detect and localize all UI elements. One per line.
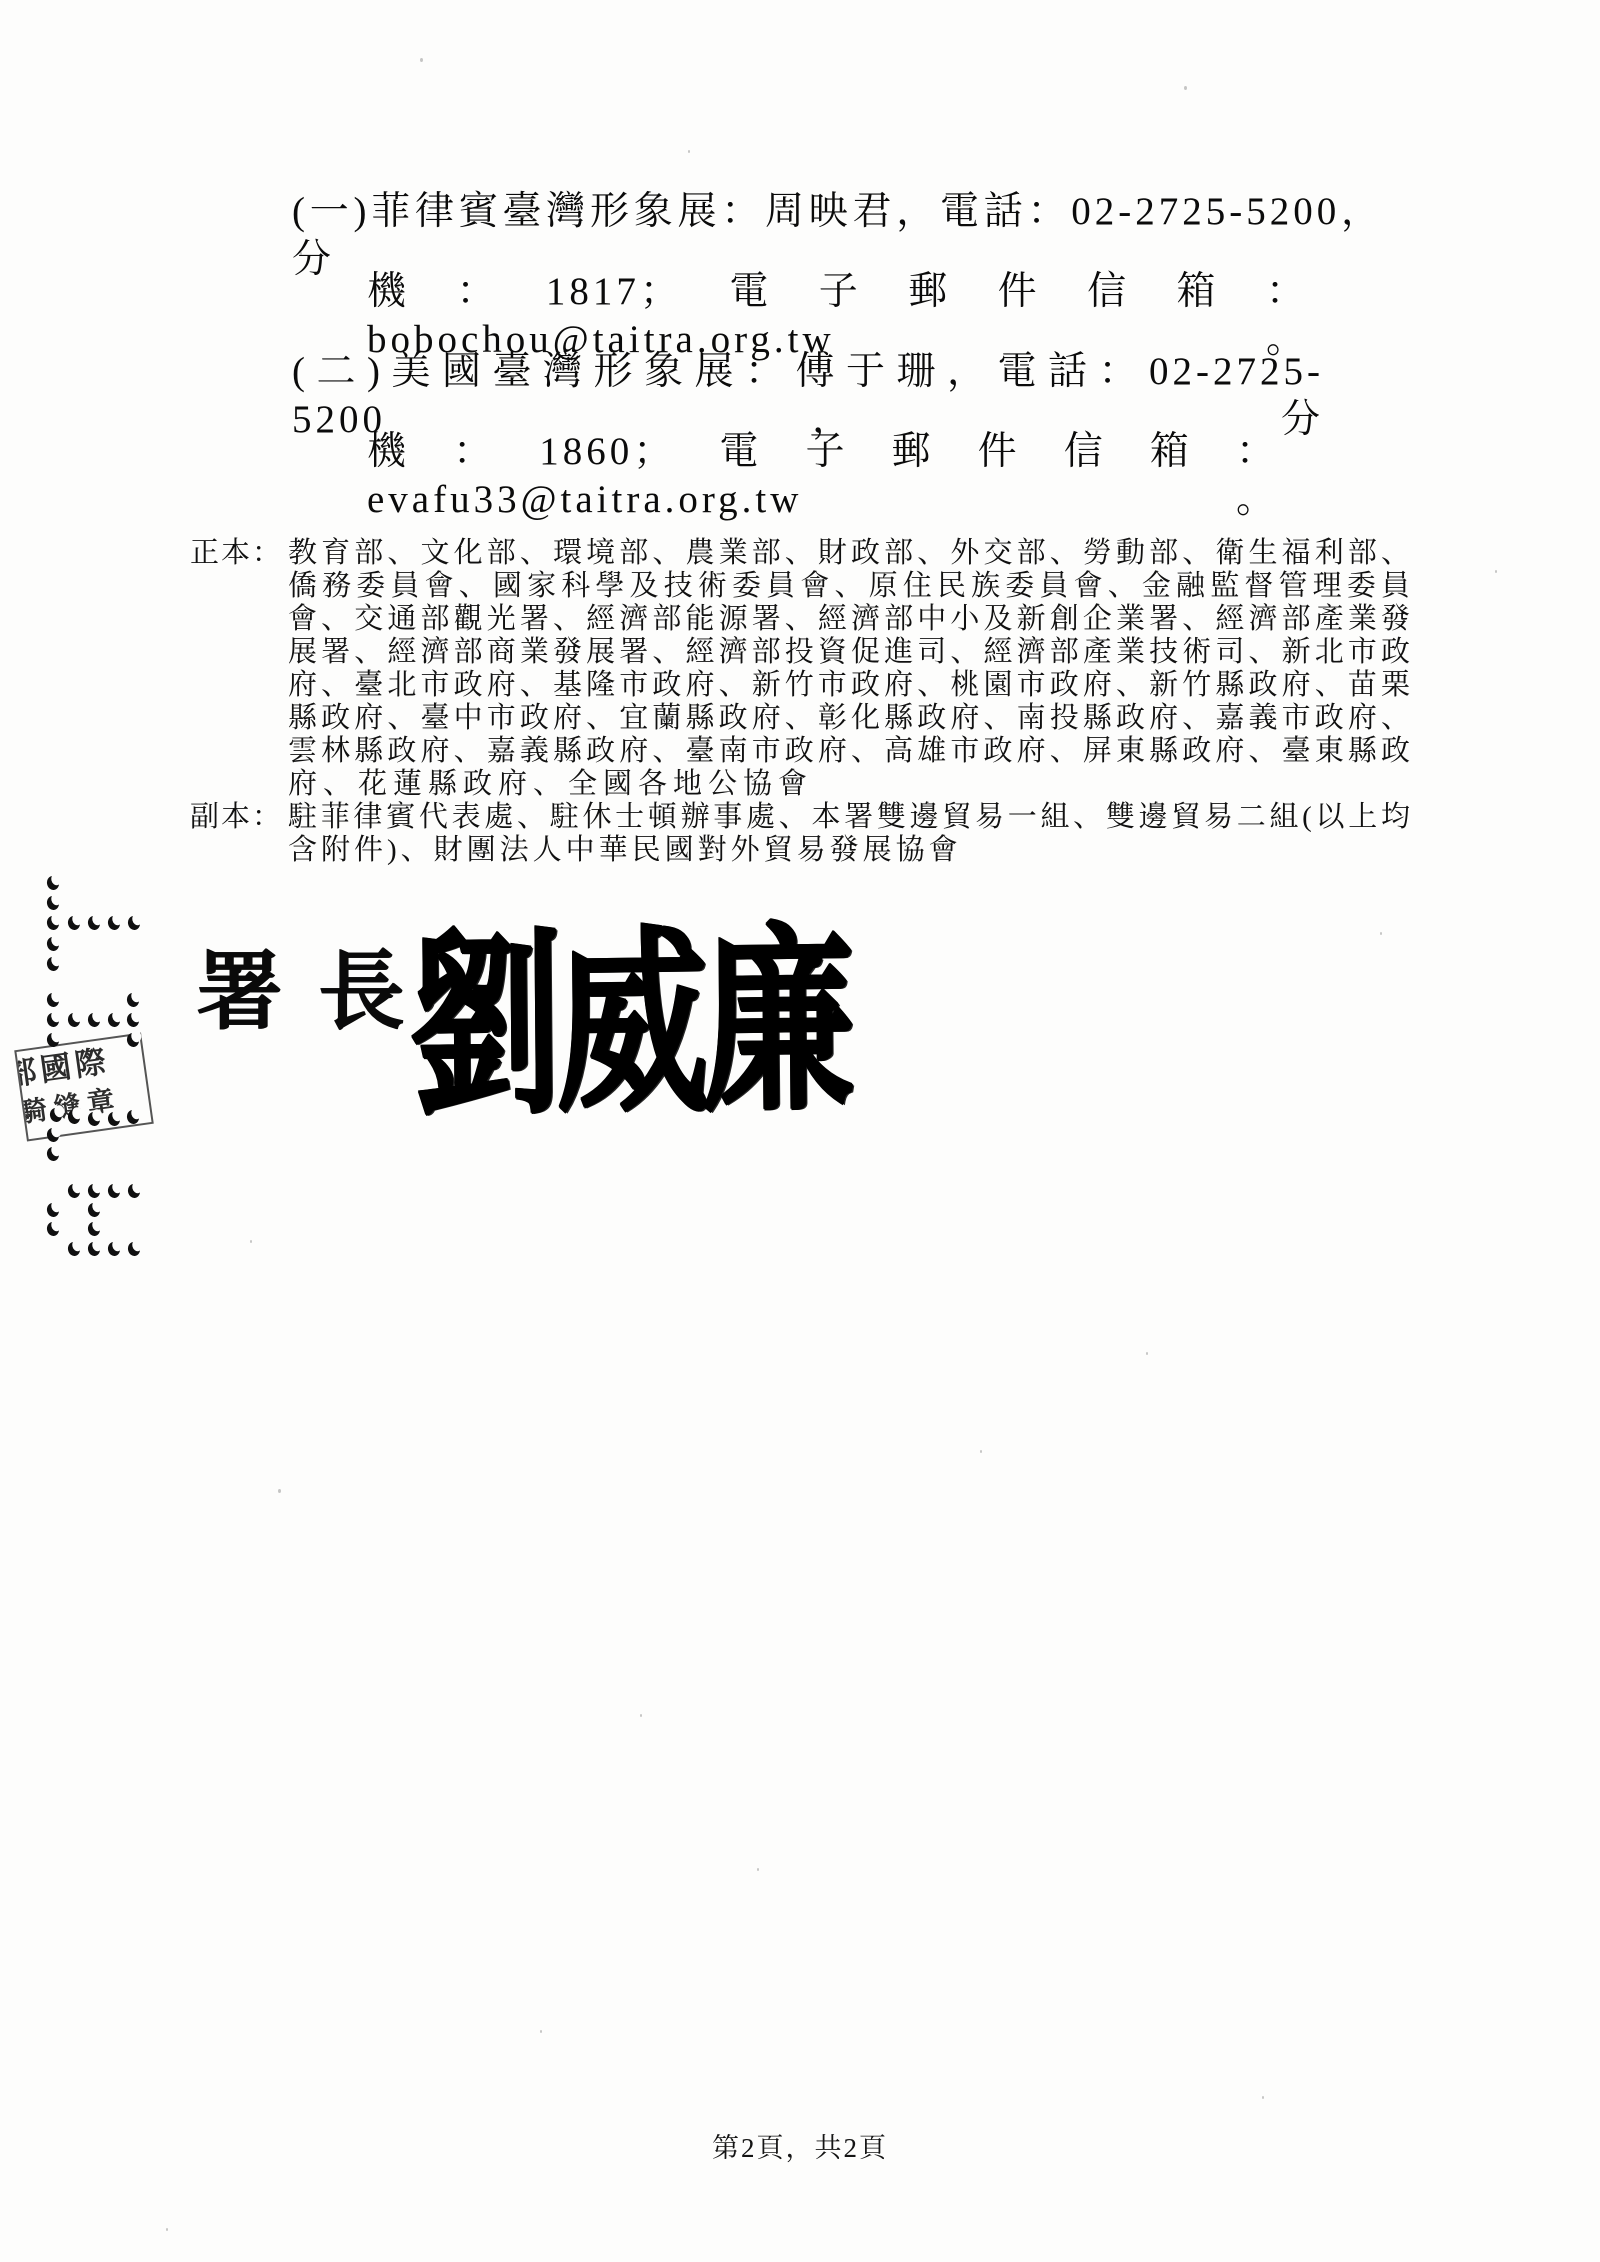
binding-dot [107, 1183, 122, 1199]
binding-dot [46, 936, 61, 952]
scan-speck [757, 1868, 759, 1871]
primary-recipients-line: 展署、經濟部商業發展署、經濟部投資促進司、經濟部產業技術司、新北市政 [288, 636, 1410, 669]
binding-dot [46, 895, 61, 911]
scan-speck [1380, 932, 1382, 935]
binding-dot [46, 875, 61, 891]
scan-speck [688, 150, 690, 153]
primary-recipients-line: 僑務委員會、國家科學及技術委員會、原住民族委員會、金融監督管理委員 [288, 570, 1410, 603]
scan-speck [980, 1450, 982, 1453]
binding-dot [67, 1241, 82, 1257]
binding-dot [46, 1146, 61, 1162]
primary-recipients-line: 府、花蓮縣政府、全國各地公協會 [288, 768, 1488, 801]
binding-dot [87, 1202, 102, 1218]
binding-dot [46, 1221, 61, 1237]
binding-dot [67, 915, 82, 931]
page-footer: 第2頁，共2頁 [0, 2126, 1600, 2165]
scan-speck [1184, 86, 1187, 90]
scan-speck [640, 1714, 642, 1717]
binding-dot [46, 1202, 61, 1218]
primary-recipients-line: 縣政府、臺中市政府、宜蘭縣政府、彰化縣政府、南投縣政府、嘉義市政府、 [288, 702, 1410, 735]
binding-dot [107, 915, 122, 931]
binding-dot [126, 1012, 141, 1028]
binding-dot [46, 992, 61, 1008]
scan-speck [420, 58, 423, 62]
primary-recipients-line: 會、交通部觀光署、經濟部能源署、經濟部中小及新創企業署、經濟部產業發 [288, 603, 1410, 636]
binding-dot [46, 956, 61, 972]
scan-speck [278, 1489, 281, 1493]
contact-line-4: 機：1860；電子郵件信箱：evafu33@taitra.org.tw。 [367, 428, 1279, 524]
binding-dot [46, 1012, 61, 1028]
cc-recipients-line: 駐菲律賓代表處、駐休士頓辦事處、本署雙邊貿易一組、雙邊貿易二組(以上均 [288, 801, 1410, 834]
scan-speck [300, 252, 302, 255]
binding-dot [126, 992, 141, 1008]
scan-speck [1495, 570, 1497, 573]
page-indicator: 第2頁，共2頁 [712, 2133, 888, 2163]
binding-dot [127, 1241, 142, 1257]
binding-dot [46, 1127, 61, 1143]
binding-dot [127, 1183, 142, 1199]
primary-recipients-line: 教育部、文化部、環境部、農業部、財政部、外交部、勞動部、衛生福利部、 [288, 537, 1410, 570]
primary-recipients-line: 雲林縣政府、嘉義縣政府、臺南市政府、高雄市政府、屏東縣政府、臺東縣政 [288, 735, 1410, 768]
scan-speck [1146, 1352, 1148, 1355]
scan-speck [1262, 2096, 1264, 2099]
binding-dot [87, 1241, 102, 1257]
primary-recipients-line: 府、臺北市政府、基隆市政府、新竹市政府、桃園市政府、新竹縣政府、苗栗 [288, 669, 1410, 702]
binding-dot [87, 915, 102, 931]
binding-dot [87, 1221, 102, 1237]
binding-dot [107, 1012, 122, 1028]
seam-stamp: 部國際 騎縫章 [14, 1033, 154, 1142]
primary-recipients-label: 正本： [190, 537, 290, 570]
binding-dot [127, 915, 142, 931]
binding-dot [87, 1183, 102, 1199]
scan-speck [250, 1240, 252, 1243]
binding-dot [46, 915, 61, 931]
signature-handwritten-name: 劉威廉 [408, 862, 848, 1151]
binding-dot [67, 1183, 82, 1199]
signature-title: 署長 [196, 922, 440, 1046]
scan-speck [166, 2228, 168, 2231]
cc-recipients-line: 含附件)、財團法人中華民國對外貿易發展協會 [288, 834, 1488, 867]
binding-dot [67, 1012, 82, 1028]
binding-dot [87, 1012, 102, 1028]
binding-dot [107, 1241, 122, 1257]
scanned-official-letter-page: { "page": { "background_color": "#fdfdfc… [0, 0, 1600, 2262]
scan-speck [540, 2030, 542, 2033]
cc-recipients-label: 副本： [190, 801, 290, 834]
